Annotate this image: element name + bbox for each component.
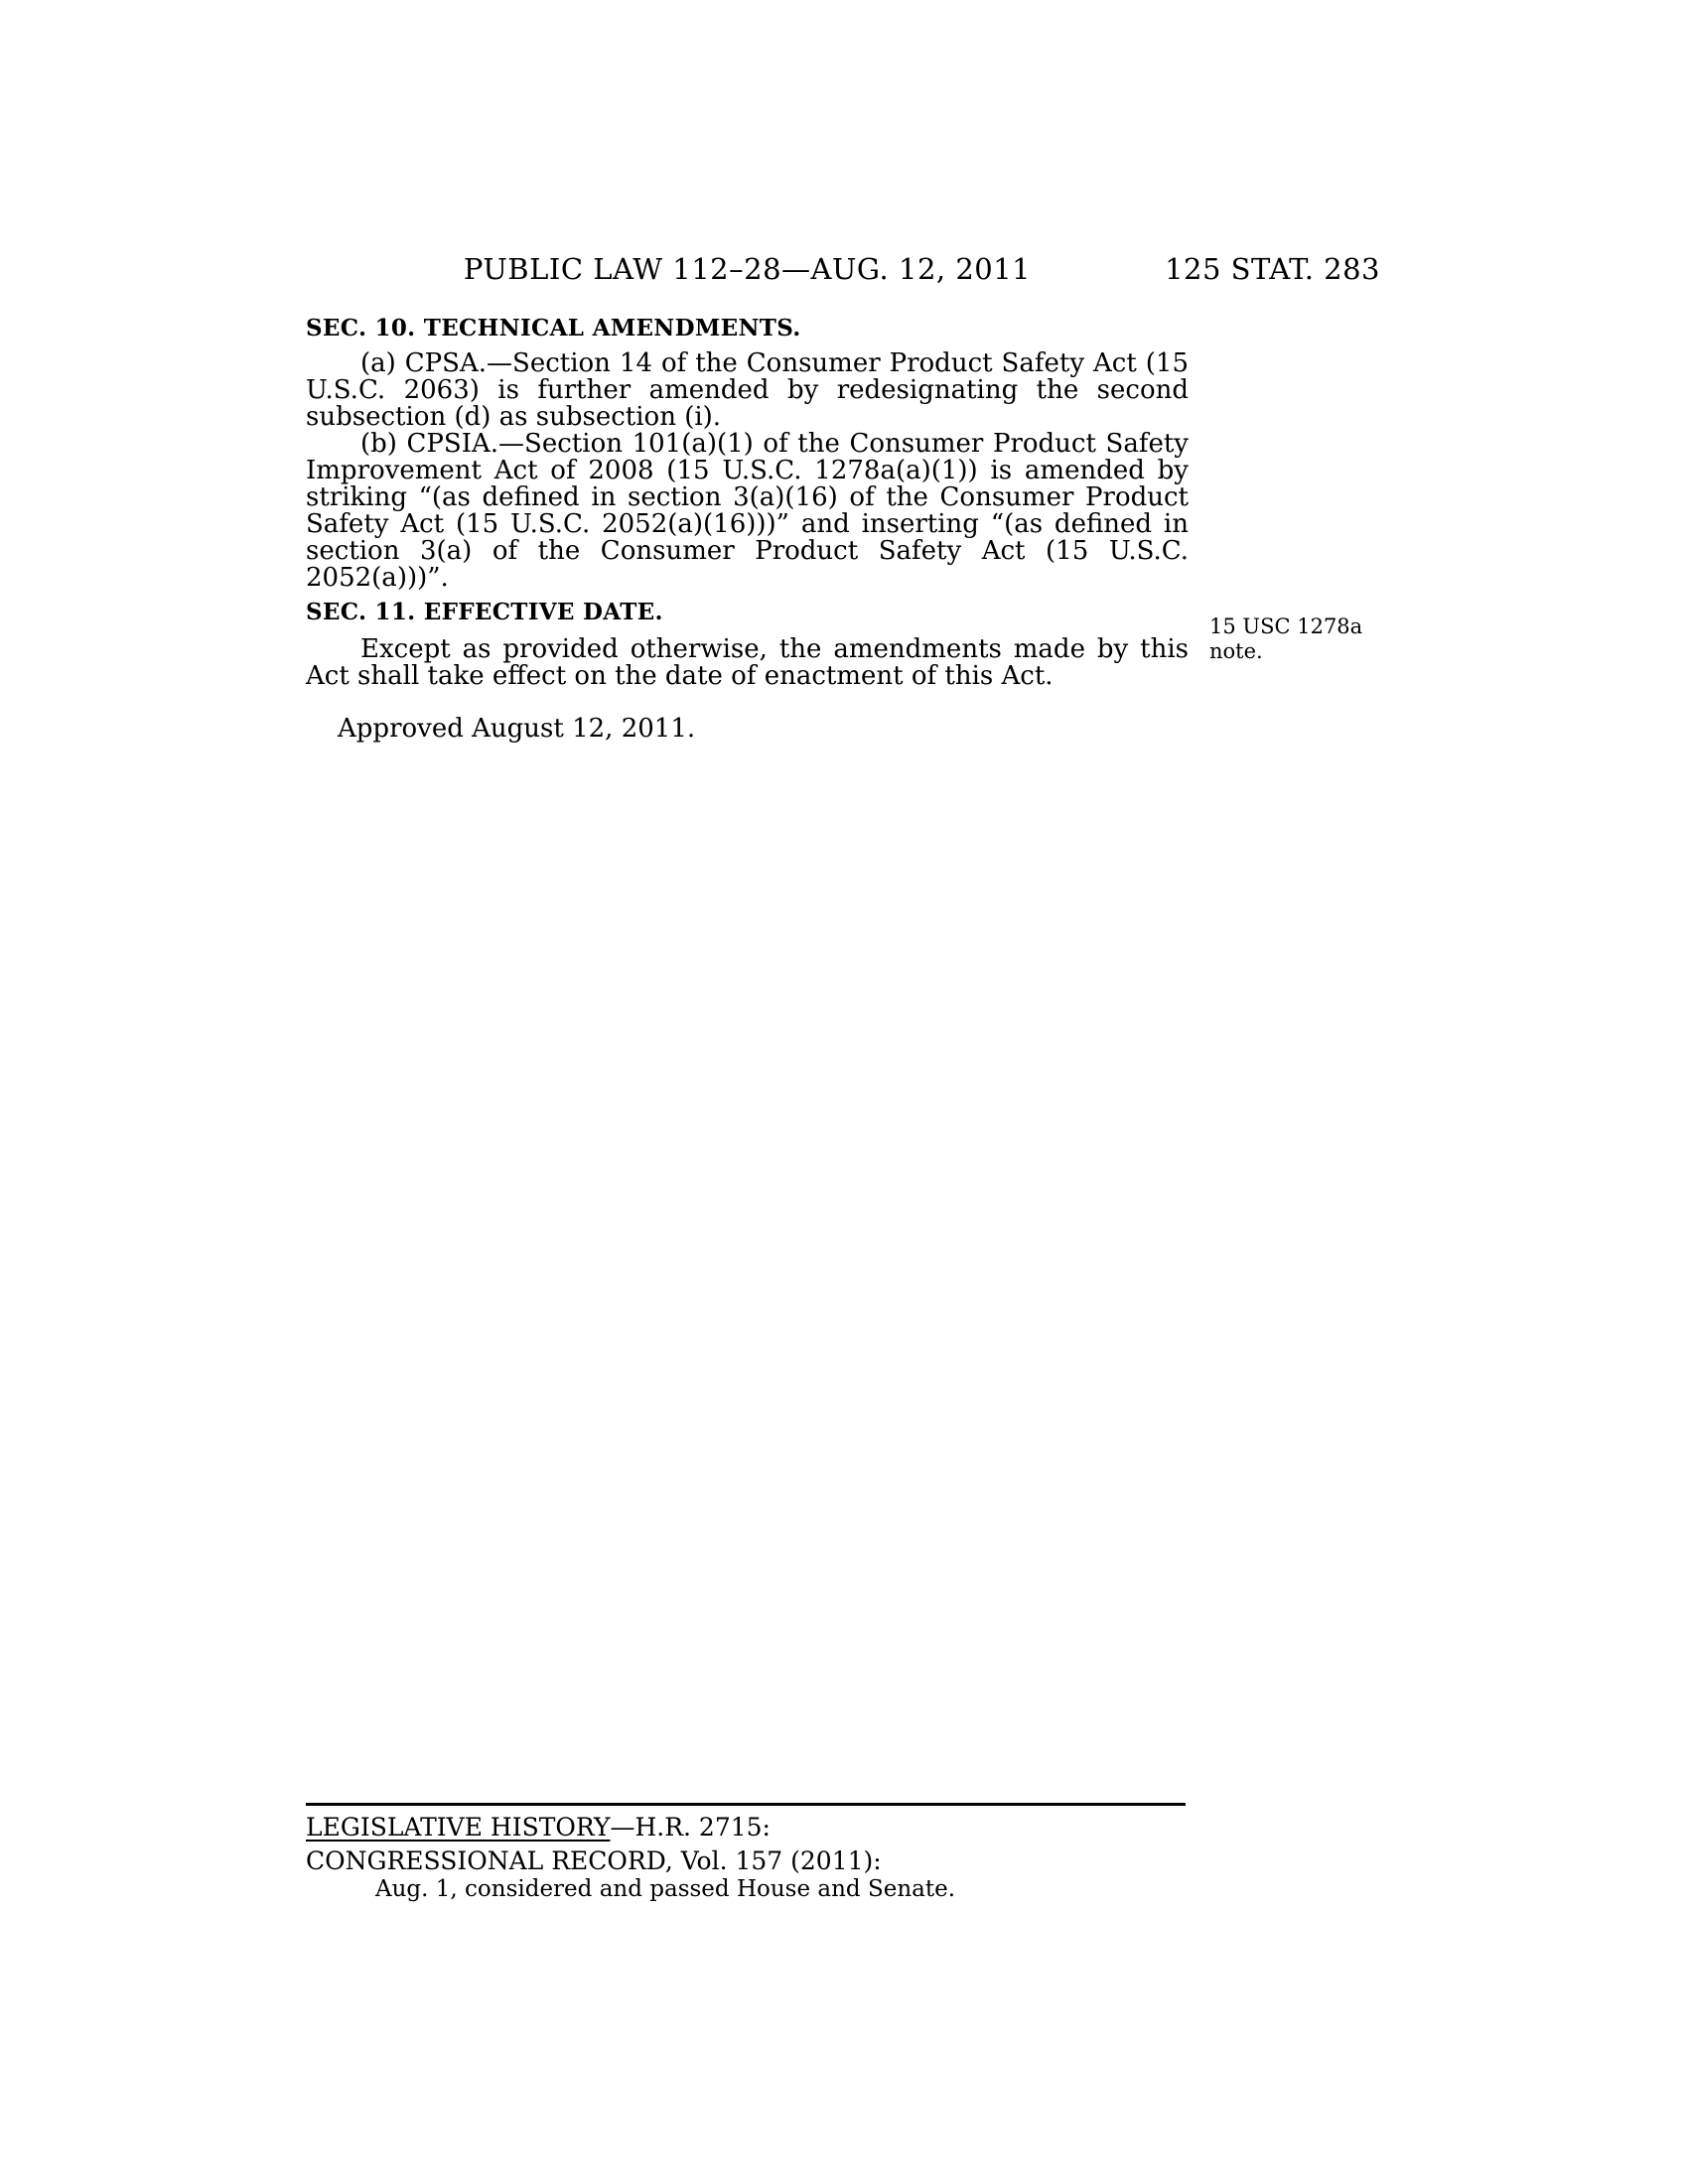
approval-line: Approved August 12, 2011.: [338, 716, 1189, 743]
section-11-paragraph: Except as provided otherwise, the amendm…: [306, 636, 1189, 690]
stat-page-number: 125 STAT. 283: [1165, 252, 1380, 286]
legislative-history-label: LEGISLATIVE HISTORY: [306, 1813, 610, 1842]
law-title: PUBLIC LAW 112–28—AUG. 12, 2011: [306, 252, 1189, 286]
legislative-history-bill-number: —H.R. 2715:: [610, 1813, 771, 1842]
congressional-record-line: CONGRESSIONAL RECORD, Vol. 157 (2011):: [306, 1847, 1186, 1874]
legislative-history-heading: LEGISLATIVE HISTORY—H.R. 2715:: [306, 1814, 1186, 1841]
legislative-history-block: LEGISLATIVE HISTORY—H.R. 2715: CONGRESSI…: [306, 1803, 1186, 1902]
section-10-paragraph-a: (a) CPSA.—Section 14 of the Consumer Pro…: [306, 350, 1189, 431]
congressional-record-detail: Aug. 1, considered and passed House and …: [375, 1876, 1186, 1902]
section-10-heading: SEC. 10. TECHNICAL AMENDMENTS.: [306, 315, 1189, 341]
usc-margin-note: 15 USC 1278a note.: [1209, 614, 1380, 664]
statute-text-column: SEC. 10. TECHNICAL AMENDMENTS. (a) CPSA.…: [306, 315, 1189, 743]
section-10-paragraph-b: (b) CPSIA.—Section 101(a)(1) of the Cons…: [306, 431, 1189, 592]
running-head: PUBLIC LAW 112–28—AUG. 12, 2011 125 STAT…: [0, 252, 1688, 292]
section-11-heading: SEC. 11. EFFECTIVE DATE.: [306, 599, 1189, 625]
statute-page: PUBLIC LAW 112–28—AUG. 12, 2011 125 STAT…: [0, 0, 1688, 2184]
separator-rule: [306, 1803, 1186, 1806]
